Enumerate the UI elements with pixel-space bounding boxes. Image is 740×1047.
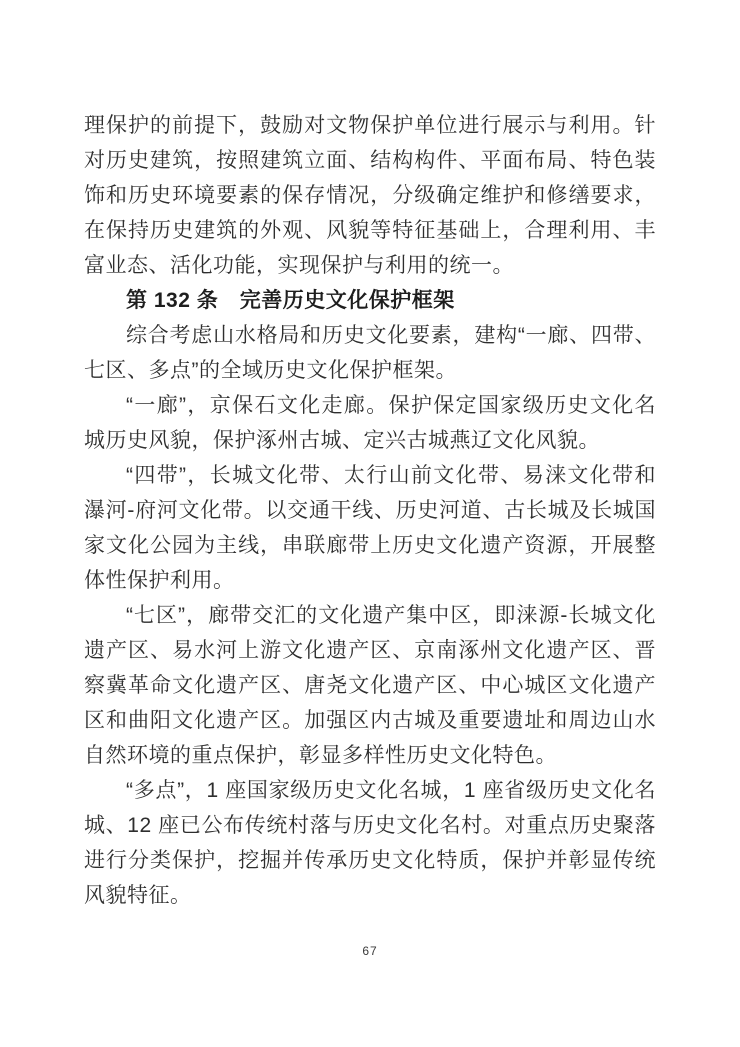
article-132-heading: 第 132 条 完善历史文化保护框架 [84,283,656,318]
text-block: 理保护的前提下，鼓励对文物保护单位进行展示与利用。针对历史建筑，按照建筑立面、结… [84,108,656,913]
paragraph-continuation: 理保护的前提下，鼓励对文物保护单位进行展示与利用。针对历史建筑，按照建筑立面、结… [84,108,656,283]
document-page: 理保护的前提下，鼓励对文物保护单位进行展示与利用。针对历史建筑，按照建筑立面、结… [0,0,740,1047]
paragraph-four-belts: “四带”，长城文化带、太行山前文化带、易涞文化带和瀑河-府河文化带。以交通干线、… [84,458,656,598]
paragraph-framework-overview: 综合考虑山水格局和历史文化要素，建构“一廊、四带、七区、多点”的全域历史文化保护… [84,318,656,388]
page-number: 67 [0,944,740,958]
paragraph-seven-zones: “七区”，廊带交汇的文化遗产集中区，即涞源-长城文化遗产区、易水河上游文化遗产区… [84,598,656,773]
paragraph-one-corridor: “一廊”，京保石文化走廊。保护保定国家级历史文化名城历史风貌，保护涿州古城、定兴… [84,388,656,458]
paragraph-multiple-points: “多点”，1 座国家级历史文化名城，1 座省级历史文化名城、12 座已公布传统村… [84,773,656,913]
